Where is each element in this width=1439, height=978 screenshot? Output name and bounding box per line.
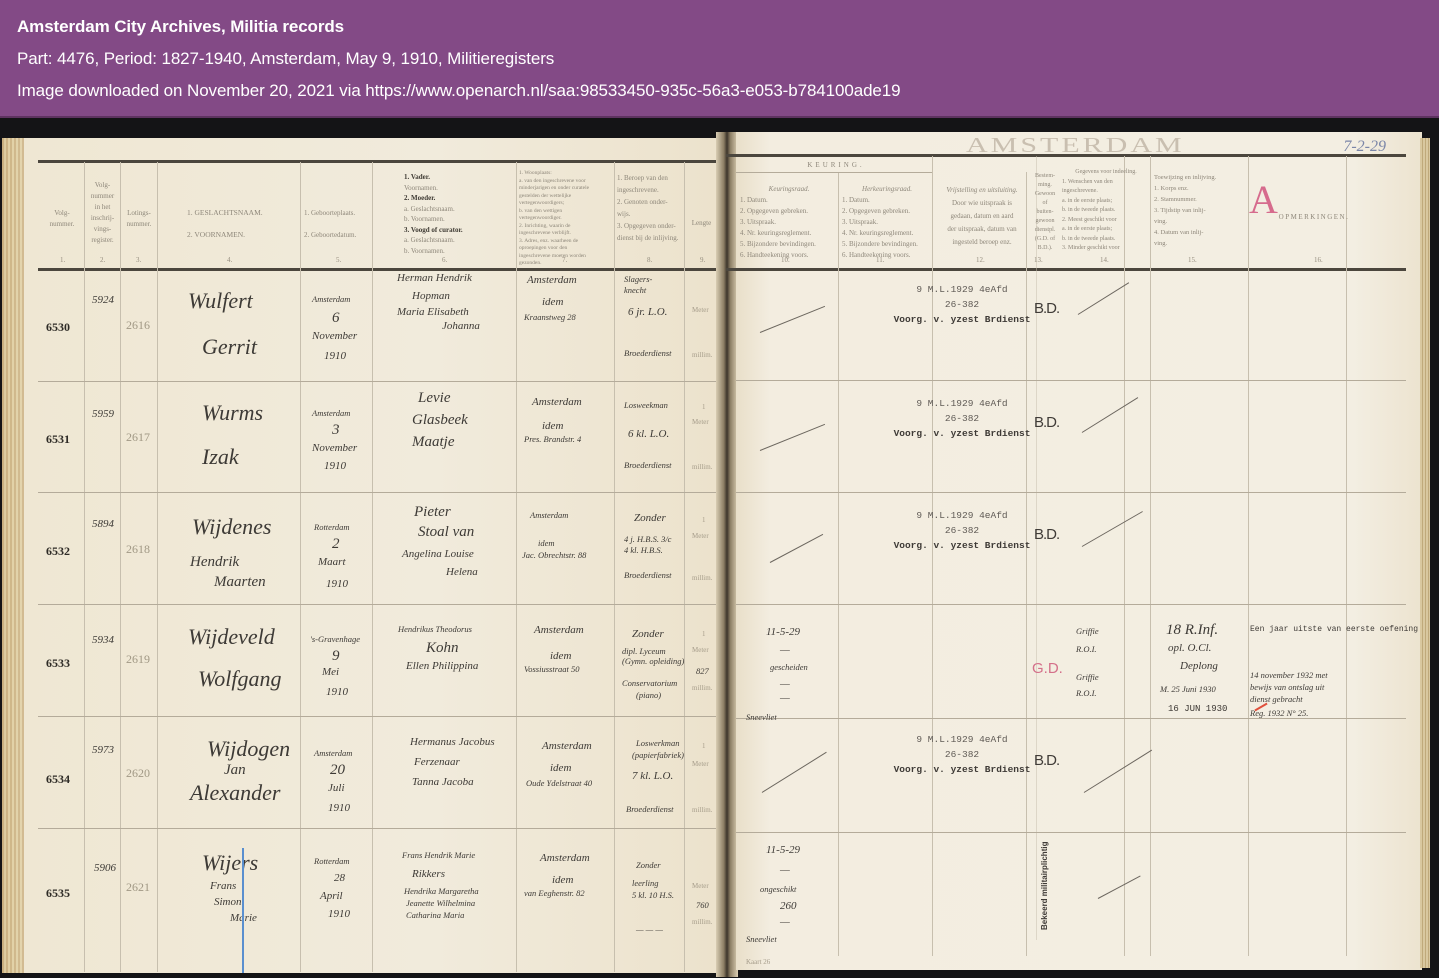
father-names: Frans Hendrik Marie [402, 850, 475, 860]
mother-surname: Hopman [412, 290, 450, 302]
lotingsnummer: 2617 [126, 430, 150, 445]
length-meter: Meter [692, 418, 709, 426]
keuring-signature: Sneevliet [746, 712, 777, 722]
given-names: Wolfgang [198, 666, 282, 692]
given-names-2: Simon [214, 896, 242, 908]
indeeling-suited-1: Griffie [1076, 672, 1099, 682]
bestemming-mark: B.D. [1034, 414, 1059, 431]
volgnummer: 6531 [46, 432, 70, 447]
header-names: 1. GESLACHTSNAAM.2. VOORNAMEN. [187, 202, 297, 246]
surname: Wurms [202, 400, 263, 426]
given-names-2: Alexander [190, 780, 280, 806]
indeeling-wish-1: Griffie [1076, 626, 1099, 636]
surname: Wijdogen [207, 736, 290, 762]
colnum: 2. [100, 256, 105, 264]
education: 7 kl. L.O. [632, 770, 673, 782]
header-birth: 1. Geboorteplaats.2. Geboortedatum. [304, 202, 372, 246]
education: 6 jr. L.O. [628, 306, 667, 318]
mother-surname: Kohn [426, 640, 459, 657]
father-names: Levie [418, 390, 450, 407]
length-meter: Meter [692, 532, 709, 540]
header-indeeling: Gegevens voor indeeling.1. Wenschen van … [1062, 168, 1150, 254]
birth-month: November [312, 442, 357, 454]
header-opmerkingen: OPMERKINGEN. [1274, 212, 1354, 223]
remarks-stamp: Een jaar uitste van eerste oefening [1250, 622, 1418, 637]
occupation: Zonder [636, 860, 661, 870]
given-names: Frans [210, 880, 236, 892]
length-meter: Meter [692, 760, 709, 768]
herkeuring-stamp: 9 M.L.1929 4eAfd26-382Voorg. v. yzest Br… [882, 508, 1042, 553]
colnum: 6. [442, 256, 447, 264]
residence: Amsterdam [532, 396, 582, 408]
surname: Wijdenes [192, 514, 271, 540]
birth-year: 1910 [326, 686, 348, 698]
colnum: 7. [562, 256, 567, 264]
stamnummer: opl. O.Cl. [1168, 642, 1211, 654]
birth-year: 1910 [324, 350, 346, 362]
remarks-line: bewijs van ontslag uit [1250, 682, 1324, 692]
keuring-date: 11-5-29 [766, 844, 800, 856]
service-status: Broederdienst [624, 460, 672, 470]
colnum: 13. [1034, 256, 1043, 264]
header-keuringsraad: Keuringsraad. 1. Datum.2. Opgegeven gebr… [740, 184, 838, 261]
service-status: Broederdienst [624, 348, 672, 358]
remarks-line: Reg. 1932 N° 25. [1250, 708, 1308, 718]
education: 6 kl. L.O. [628, 428, 669, 440]
residence-idem: idem [538, 538, 555, 548]
keuring-bevindingen: — [780, 916, 790, 928]
residence-idem: idem [552, 874, 573, 886]
address: Vossiusstraat 50 [524, 664, 580, 674]
birth-day: 6 [332, 310, 340, 327]
residence-idem: idem [550, 650, 571, 662]
lotingsnummer: 2616 [126, 318, 150, 333]
occupation-2: leerling [632, 878, 658, 888]
bestemming-mark: B.D. [1034, 752, 1059, 769]
mother-surname: Glasbeek [412, 412, 468, 429]
service-status: Broederdienst [624, 570, 672, 580]
keuring-bevindingen: — [780, 692, 790, 704]
keuring-date: 11-5-29 [766, 626, 800, 638]
given-names: Izak [202, 444, 239, 470]
birthplace: Rotterdam [314, 522, 350, 532]
header-vrijstelling: Vrijstelling en uitsluiting.Door wie uit… [934, 184, 1030, 249]
volgnummer: 6535 [46, 886, 70, 901]
birth-month: November [312, 330, 357, 342]
birth-day: 2 [332, 536, 340, 553]
birthplace: Amsterdam [312, 408, 350, 418]
birthplace: Amsterdam [314, 748, 352, 758]
right-page: AMSTERDAM 7-2-29 KEURING. Keuringsraad. … [736, 132, 1422, 970]
book-gutter [716, 132, 738, 977]
birth-month: Maart [318, 556, 346, 568]
header-length: Lengte [685, 218, 718, 229]
education: dipl. Lyceum [622, 646, 666, 656]
page-edges [2, 138, 24, 973]
volgnummer: 6533 [46, 656, 70, 671]
header-lotingsnummer: Lotings-nummer. [121, 208, 157, 230]
birth-year: 1910 [328, 908, 350, 920]
education-2: (Gymn. opleiding) [622, 656, 684, 666]
volgnummer: 6532 [46, 544, 70, 559]
lotingsnummer: 2618 [126, 542, 150, 557]
residence: Amsterdam [530, 510, 568, 520]
register-nr: 5924 [92, 294, 114, 306]
header-keuring: KEURING. [776, 160, 896, 171]
mother-given: Angelina Louise [402, 548, 474, 560]
archive-title: Amsterdam City Archives, Militia records [17, 16, 1439, 37]
occupation: Loswerkman [636, 738, 679, 748]
register-nr: 5906 [94, 862, 116, 874]
given-names-2: Maarten [214, 574, 266, 591]
residence-idem: idem [542, 296, 563, 308]
address: Oude Ydelstraat 40 [526, 778, 592, 788]
remarks-line: dienst gebracht [1250, 694, 1303, 704]
birthplace: Amsterdam [312, 294, 350, 304]
mother-given: Tanna Jacoba [412, 776, 474, 788]
length-1: 1 [702, 630, 706, 638]
education: 4 j. H.B.S. 3/c [624, 534, 671, 544]
page-edges-right [1420, 138, 1430, 968]
left-page: Volg-nummer. Volg-nummerin hetinschrij-v… [2, 138, 720, 973]
colnum: 4. [227, 256, 232, 264]
birthplace: 's-Gravenhage [310, 634, 360, 644]
mother-surname: Stoal van [418, 524, 474, 541]
colnum: 5. [336, 256, 341, 264]
keuring-defects: — [780, 644, 790, 656]
education-4: (piano) [636, 690, 661, 700]
bestemming-mark: B.D. [1034, 526, 1059, 543]
address: Kraanstweg 28 [524, 312, 576, 322]
herkeuring-stamp: 9 M.L.1929 4eAfd26-382Voorg. v. yzest Br… [882, 396, 1042, 441]
length-meter: Meter [692, 306, 709, 314]
length-meter: Meter [692, 882, 709, 890]
occupation: Slagers- [624, 274, 652, 284]
length-value: 760 [696, 900, 709, 910]
birth-year: 1910 [326, 578, 348, 590]
length-mm: millim. [692, 351, 712, 359]
lotingsnummer: 2619 [126, 652, 150, 667]
colnum: 10. [781, 256, 790, 264]
archive-source: Part: 4476, Period: 1827-1940, Amsterdam… [17, 48, 1439, 69]
residence-idem: idem [550, 762, 571, 774]
occupation-2: knecht [624, 285, 646, 295]
colnum: 8. [647, 256, 652, 264]
given-names: Gerrit [202, 334, 257, 360]
register-nr: 5894 [92, 518, 114, 530]
colnum: 1. [60, 256, 65, 264]
indeeling-wish-2: R.O.I. [1076, 644, 1097, 654]
archive-header-banner: Amsterdam City Archives, Militia records… [0, 0, 1439, 118]
length-1: 1 [702, 403, 706, 411]
bestemming-mark: G.D. [1032, 660, 1063, 677]
inlijving-date: M. 25 Juni 1930 [1160, 684, 1216, 694]
residence-idem: idem [542, 420, 563, 432]
birth-month: Mei [322, 666, 339, 678]
indeeling-suited-2: R.O.I. [1076, 688, 1097, 698]
lotingsnummer: 2621 [126, 880, 150, 895]
length-mm: millim. [692, 463, 712, 471]
length-value: 827 [696, 666, 709, 676]
birth-day: 9 [332, 648, 340, 665]
register-scan: Volg-nummer. Volg-nummerin hetinschrij-v… [0, 118, 1439, 978]
header-volgnummer: Volg-nummer. [40, 208, 84, 230]
lotingsnummer: 2620 [126, 766, 150, 781]
birth-day: 3 [332, 422, 340, 439]
birth-year: 1910 [324, 460, 346, 472]
bestemming-mark: B.D. [1034, 300, 1059, 317]
mother-given: Maria Elisabeth [397, 306, 469, 318]
residence: Amsterdam [542, 740, 592, 752]
birth-day: 20 [330, 762, 345, 779]
herkeuring-stamp: 9 M.L.1929 4eAfd26-382Voorg. v. yzest Br… [882, 732, 1042, 777]
mother-given: Hendrika Margaretha [404, 886, 479, 896]
father-names: Hendrikus Theodorus [398, 624, 472, 634]
register-nr: 5973 [92, 744, 114, 756]
mother-given: Ellen Philippina [406, 660, 478, 672]
guardian-names: Jeanette Wilhelmina [406, 898, 475, 908]
volgnummer: 6530 [46, 320, 70, 335]
mother-given: Maatje [412, 434, 455, 451]
surname: Wijdeveld [188, 624, 275, 650]
birth-month: Juli [328, 782, 345, 794]
occupation: Losweekman [624, 400, 668, 410]
length-1: 1 [702, 516, 706, 524]
given-names: Hendrik [190, 554, 239, 571]
colnum: 16. [1314, 256, 1323, 264]
birth-year: 1910 [328, 802, 350, 814]
colnum: 3. [136, 256, 141, 264]
bestemming-vertical-stamp: Bekeerd militairplichtig [1040, 842, 1049, 930]
birthplace: Rotterdam [314, 856, 350, 866]
residence: Amsterdam [540, 852, 590, 864]
father-names: Hermanus Jacobus [410, 736, 495, 748]
address: Jac. Obrechtstr. 88 [522, 550, 586, 560]
footer-stamp: Kaart 26 [746, 958, 770, 966]
header-herkeuringsraad: Herkeuringsraad. 1. Datum.2. Opgegeven g… [842, 184, 932, 261]
length-mm: millim. [692, 684, 712, 692]
mother-surname: Ferzenaar [414, 756, 460, 768]
volgnummer: 6534 [46, 772, 70, 787]
address: van Eeghenstr. 82 [524, 888, 585, 898]
remarks-line: 14 november 1932 met [1250, 670, 1328, 680]
address: Pres. Brandstr. 4 [524, 434, 581, 444]
header-toewijzing: Toewijzing en inlijving.1. Korps enz.2. … [1154, 172, 1244, 249]
register-nr: 5934 [92, 634, 114, 646]
colnum: 15. [1188, 256, 1197, 264]
length-mm: millim. [692, 574, 712, 582]
length-mm: millim. [692, 918, 712, 926]
education-3: Conservatorium [622, 678, 677, 688]
header-parents: 1. Vader.Voornamen.2. Moeder.a. Geslacht… [404, 172, 514, 256]
colnum: 11. [876, 256, 885, 264]
occupation-2: (papierfabriek) [632, 750, 684, 760]
header-bestemming: Bestem-ming.Gewoonofbuiten-gewoondienstp… [1032, 172, 1058, 253]
surname: Wulfert [188, 288, 253, 314]
given-names: Jan [224, 762, 246, 779]
occupation: Zonder [634, 512, 666, 524]
blue-pencil-mark [242, 848, 244, 973]
keuring-nr: 260 [780, 900, 797, 912]
length-meter: Meter [692, 646, 709, 654]
keuring-defects: — [780, 864, 790, 876]
register-nr: 5959 [92, 408, 114, 420]
keuring-nr: — [780, 678, 790, 690]
mother-surname: Rikkers [412, 868, 445, 880]
education: 5 kl. 10 H.S. [632, 890, 674, 900]
inlijving-stamp: 16 JUN 1930 [1168, 702, 1227, 717]
mother-given-2: Helena [446, 566, 478, 578]
colnum: 14. [1100, 256, 1109, 264]
guardian-names-2: Catharina Maria [406, 910, 464, 920]
education-2: 4 kl. H.B.S. [624, 545, 663, 555]
colnum: 9. [700, 256, 705, 264]
father-names: Herman Hendrik [397, 272, 472, 284]
header-register-nr: Volg-nummerin hetinschrij-vings-register… [85, 180, 120, 246]
mother-given-2: Johanna [442, 320, 480, 332]
birth-day: 28 [334, 872, 345, 884]
download-info: Image downloaded on November 20, 2021 vi… [17, 80, 1439, 101]
father-names: Pieter [414, 504, 451, 521]
length-1: 1 [702, 742, 706, 750]
length-mm: millim. [692, 806, 712, 814]
service-status: — — — [636, 924, 663, 934]
residence: Amsterdam [527, 274, 577, 286]
keuring-uitspraak: gescheiden [770, 662, 808, 672]
header-occupation: 1. Beroep van deningeschrevene.2. Genote… [617, 172, 683, 244]
keuring-uitspraak: ongeschikt [760, 884, 796, 894]
residence: Amsterdam [534, 624, 584, 636]
keuring-signature: Sneevliet [746, 934, 777, 944]
occupation: Zonder [632, 628, 664, 640]
korps: 18 R.Inf. [1166, 622, 1218, 639]
herkeuring-stamp: 9 M.L.1929 4eAfd26-382Voorg. v. yzest Br… [882, 282, 1042, 327]
colnum: 12. [976, 256, 985, 264]
header-residence: 1. Woonplaats:a. van den ingeschrevene v… [519, 170, 613, 268]
service-status: Broederdienst [626, 804, 674, 814]
birth-month: April [320, 890, 343, 902]
surname: Wijers [202, 850, 258, 876]
inlijving-tijdstip: Deplong [1180, 660, 1218, 672]
